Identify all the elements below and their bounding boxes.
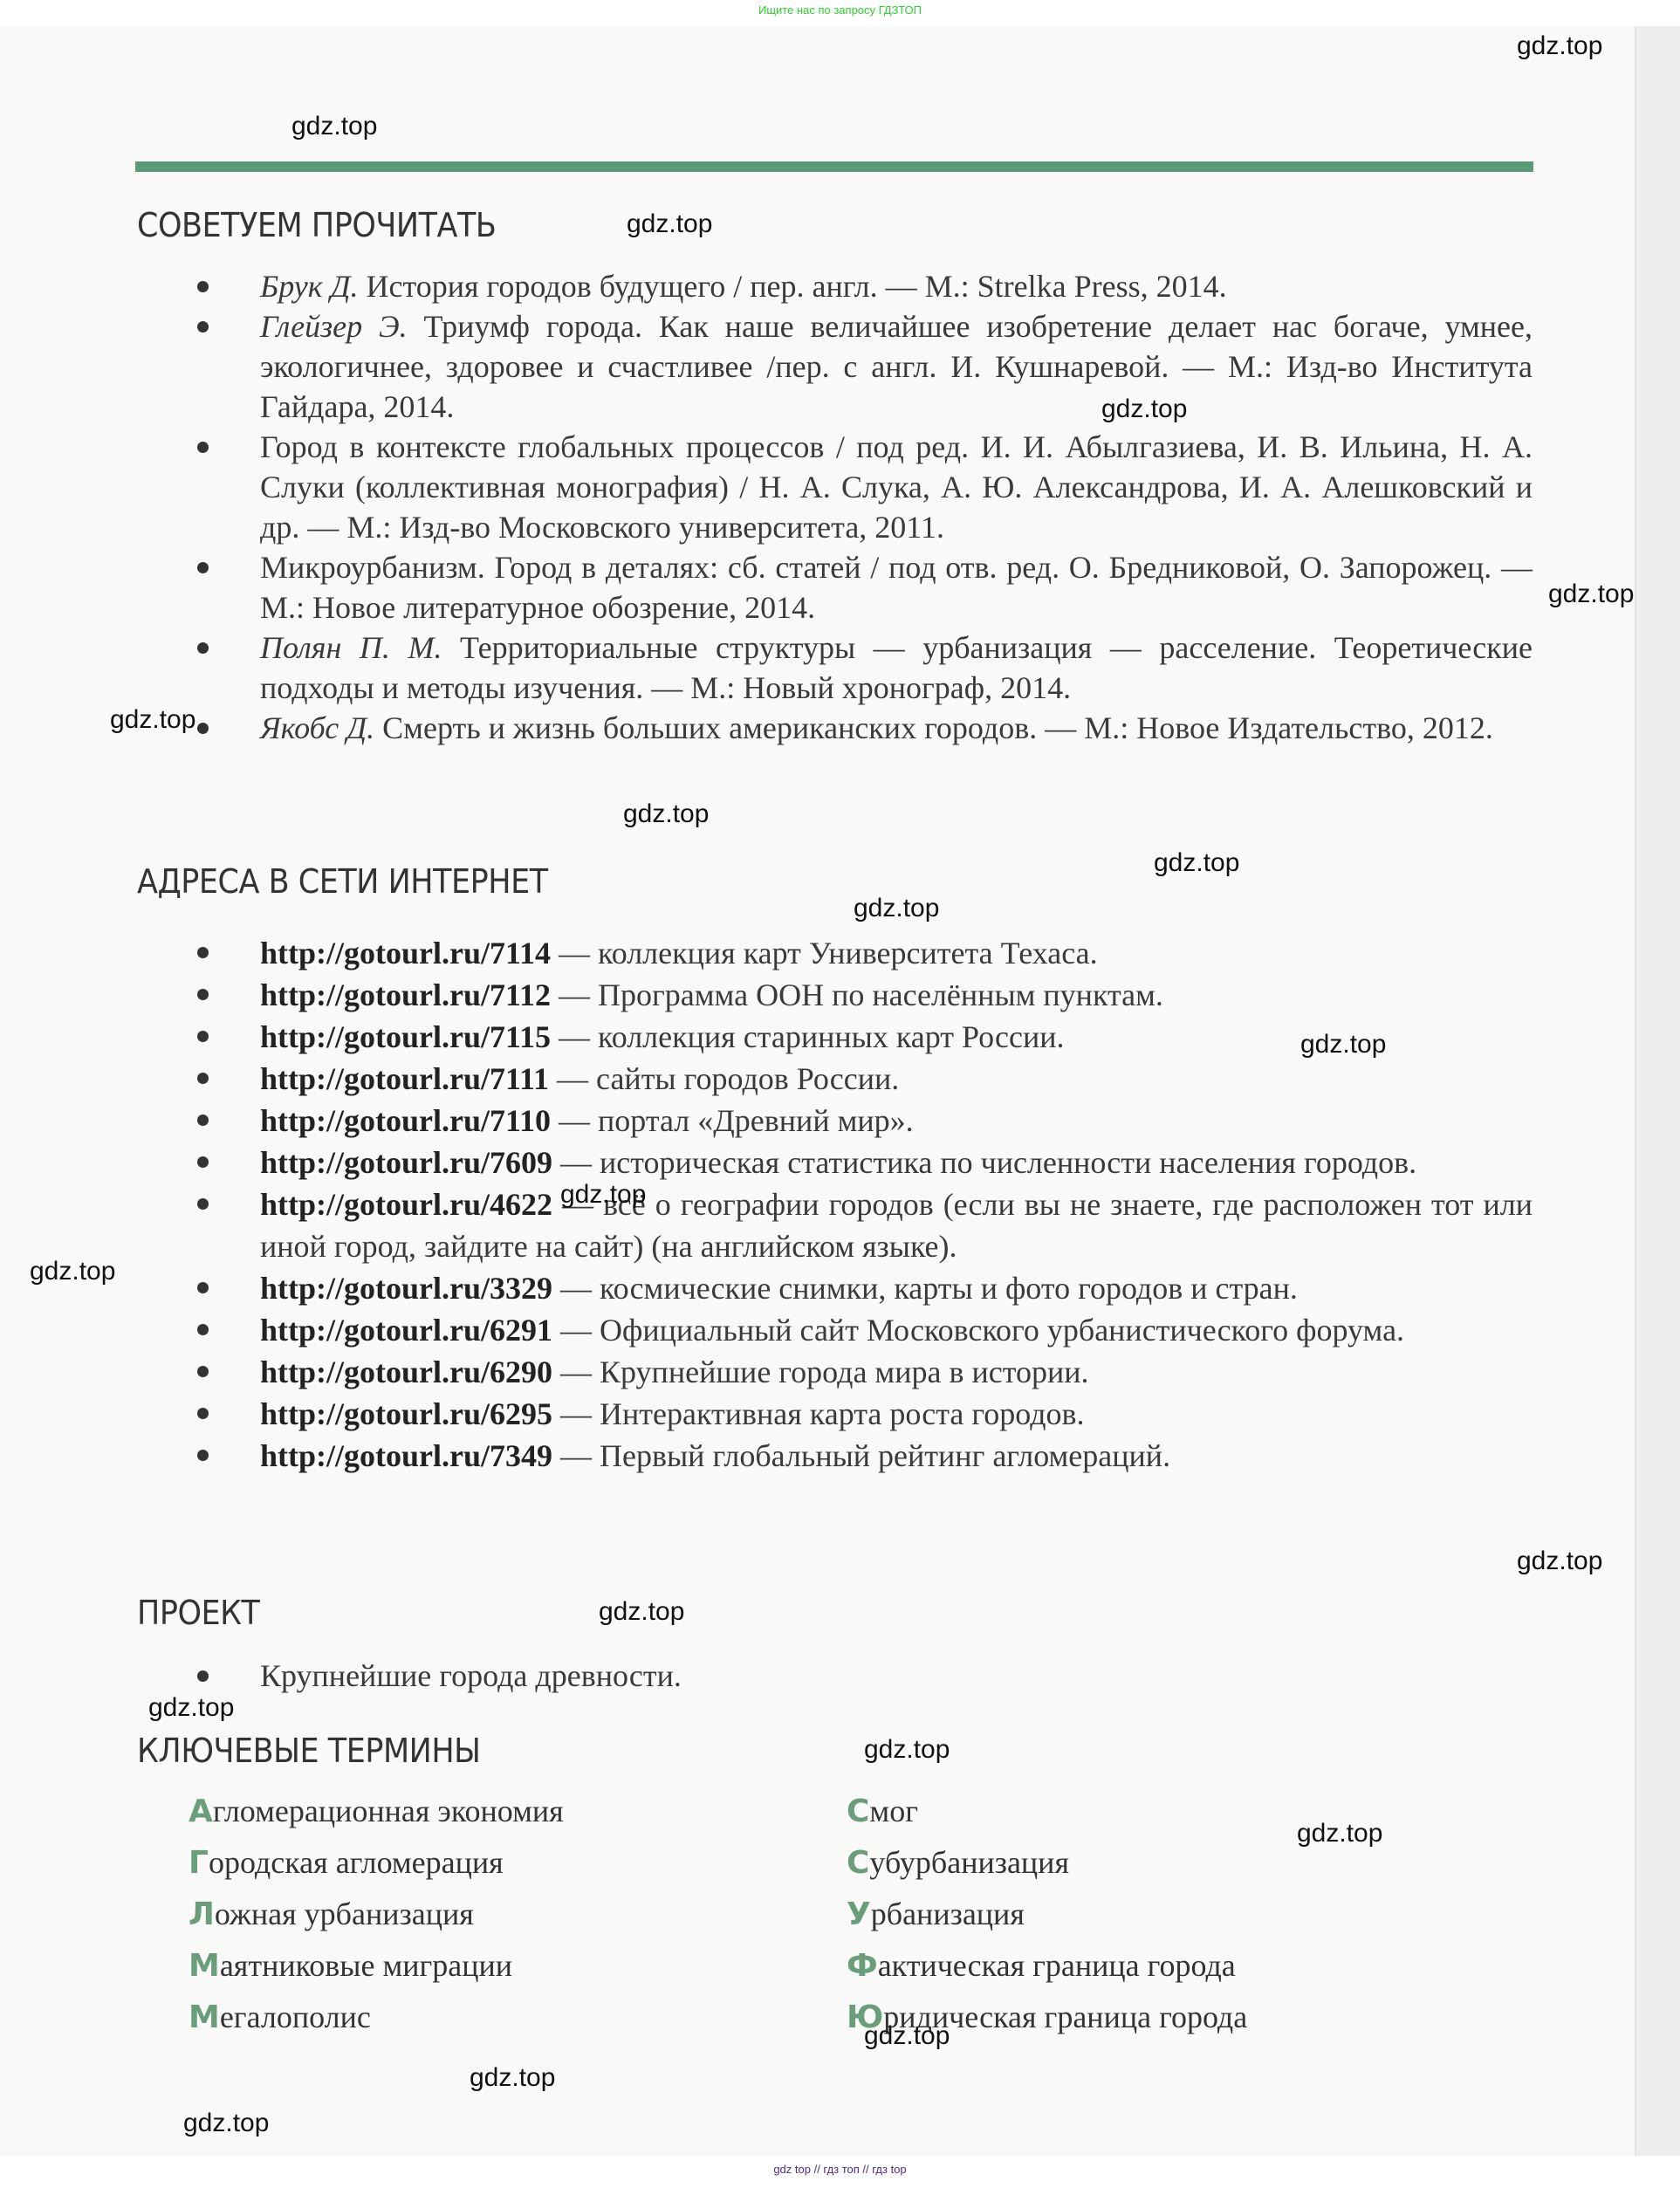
watermark: gdz.top: [291, 112, 377, 141]
watermark: gdz.top: [1154, 848, 1239, 878]
book-author: Якобс Д.: [260, 710, 374, 745]
link-description: — Программа ООН по населённым пунктам.: [551, 977, 1163, 1012]
watermark: gdz.top: [854, 894, 939, 923]
key-term-initial: М: [189, 1999, 220, 2035]
key-term-text: ородская агломерация: [209, 1845, 504, 1880]
key-term: Урбанизация: [847, 1889, 1247, 1940]
link-url[interactable]: http://gotourl.ru/4622: [260, 1187, 552, 1222]
heading-recommended-reading: СОВЕТУЕМ ПРОЧИТАТЬ: [137, 206, 496, 244]
section-divider-bar: [135, 161, 1533, 172]
link-url[interactable]: http://gotourl.ru/7609: [260, 1145, 552, 1180]
key-term-initial: А: [189, 1794, 213, 1829]
book-description: Триумф города. Как наше величайшее изобр…: [260, 309, 1533, 424]
key-term: Фактическая граница города: [847, 1940, 1247, 1992]
link-description: — сайты городов России.: [549, 1061, 899, 1096]
key-term: Ложная урбанизация: [189, 1889, 564, 1940]
watermark: gdz.top: [560, 1180, 646, 1210]
link-url[interactable]: http://gotourl.ru/6291: [260, 1313, 552, 1348]
link-description: — коллекция карт Университета Техаса.: [551, 936, 1098, 971]
key-term-text: рбанизация: [871, 1896, 1025, 1931]
key-term: Субурбанизация: [847, 1837, 1247, 1889]
watermark: gdz.top: [1517, 1547, 1602, 1576]
key-term: Мегалополис: [189, 1992, 564, 2043]
book-author: Полян П. М.: [260, 630, 442, 665]
key-term-initial: Г: [189, 1845, 209, 1881]
link-list-item: http://gotourl.ru/7112 — Программа ООН п…: [197, 974, 1533, 1016]
link-description: — портал «Древний мир».: [551, 1103, 914, 1138]
book-list-item: Полян П. М. Территориальные структуры — …: [197, 628, 1533, 708]
bullet-icon: [197, 1324, 209, 1335]
watermark: gdz.top: [1297, 1819, 1382, 1848]
link-description: — коллекция старинных карт России.: [551, 1019, 1064, 1054]
link-description: — историческая статистика по численности…: [552, 1145, 1416, 1180]
key-term-initial: Ф: [847, 1948, 878, 1984]
link-description: — космические снимки, карты и фото город…: [552, 1271, 1298, 1306]
link-url[interactable]: http://gotourl.ru/6290: [260, 1355, 552, 1389]
bullet-icon: [197, 281, 209, 292]
book-author: Глейзер Э.: [260, 309, 408, 344]
project-list: Крупнейшие города древности.: [197, 1656, 1533, 1696]
link-list-item: http://gotourl.ru/6295 — Интерактивная к…: [197, 1393, 1533, 1435]
key-term-text: гломерационная экономия: [213, 1794, 564, 1828]
key-term: Маятниковые миграции: [189, 1940, 564, 1992]
link-url[interactable]: http://gotourl.ru/7114: [260, 936, 551, 971]
heading-internet-addresses: АДРЕСА В СЕТИ ИНТЕРНЕТ: [137, 862, 548, 901]
link-description: — Крупнейшие города мира в истории.: [552, 1355, 1088, 1389]
watermark: gdz.top: [599, 1597, 684, 1627]
bullet-icon: [197, 1670, 209, 1682]
link-list-item: http://gotourl.ru/6291 — Официальный сай…: [197, 1309, 1533, 1351]
key-term-initial: Л: [189, 1896, 215, 1932]
project-title: Крупнейшие города древности.: [260, 1658, 682, 1693]
watermark: gdz.top: [148, 1693, 234, 1723]
book-description: История городов будущего / пер. англ. — …: [358, 269, 1226, 304]
key-term: Смог: [847, 1786, 1247, 1837]
watermark: gdz.top: [1101, 394, 1187, 424]
bullet-icon: [197, 1450, 209, 1461]
watermark: gdz.top: [183, 2109, 269, 2138]
bullet-icon: [197, 989, 209, 1000]
watermark: gdz.top: [1548, 580, 1634, 609]
bullet-icon: [197, 1408, 209, 1419]
link-description: — Официальный сайт Московского урбанисти…: [552, 1313, 1404, 1348]
bullet-icon: [197, 321, 209, 333]
bullet-icon: [197, 1073, 209, 1084]
link-list-item: http://gotourl.ru/6290 — Крупнейшие горо…: [197, 1351, 1533, 1393]
key-term-initial: У: [847, 1896, 871, 1932]
book-list-item: Брук Д. История городов будущего / пер. …: [197, 266, 1533, 306]
link-list-item: http://gotourl.ru/7609 — историческая ст…: [197, 1142, 1533, 1183]
watermark: gdz.top: [623, 799, 709, 829]
book-list-item: Город в контексте глобальных процессов /…: [197, 427, 1533, 547]
project-list-item: Крупнейшие города древности.: [197, 1656, 1533, 1696]
bullet-icon: [197, 642, 209, 654]
link-url[interactable]: http://gotourl.ru/7349: [260, 1438, 552, 1473]
watermark: gdz.top: [864, 1735, 950, 1765]
link-url[interactable]: http://gotourl.ru/6295: [260, 1396, 552, 1431]
link-description: — Интерактивная карта роста городов.: [552, 1396, 1085, 1431]
internet-links-list: http://gotourl.ru/7114 — коллекция карт …: [197, 932, 1533, 1477]
watermark: gdz.top: [864, 2021, 950, 2051]
link-url[interactable]: http://gotourl.ru/3329: [260, 1271, 552, 1306]
key-term-initial: С: [847, 1794, 869, 1829]
bullet-icon: [197, 1156, 209, 1168]
link-url[interactable]: http://gotourl.ru/7111: [260, 1061, 549, 1096]
top-promo-banner: Ищите нас по запросу ГДЗТОП: [0, 3, 1680, 17]
link-url[interactable]: http://gotourl.ru/7110: [260, 1103, 551, 1138]
recommended-books-list: Брук Д. История городов будущего / пер. …: [197, 266, 1533, 748]
key-term-initial: С: [847, 1845, 869, 1881]
key-term-text: аятниковые миграции: [220, 1948, 512, 1983]
key-term-text: актическая граница города: [878, 1948, 1236, 1983]
key-term-text: егалополис: [220, 1999, 371, 2034]
watermark: gdz.top: [30, 1257, 115, 1286]
bullet-icon: [197, 1198, 209, 1210]
key-term-initial: М: [189, 1948, 220, 1984]
key-term-text: мог: [869, 1794, 918, 1828]
key-term-text: ожная урбанизация: [215, 1896, 474, 1931]
bullet-icon: [197, 1115, 209, 1126]
bullet-icon: [197, 562, 209, 573]
book-list-item: Якобс Д. Смерть и жизнь больших американ…: [197, 708, 1533, 748]
book-description: Смерть и жизнь больших американских горо…: [374, 710, 1493, 745]
link-list-item: http://gotourl.ru/7114 — коллекция карт …: [197, 932, 1533, 974]
watermark: gdz.top: [110, 705, 195, 735]
link-list-item: http://gotourl.ru/7110 — портал «Древний…: [197, 1100, 1533, 1142]
watermark: gdz.top: [1300, 1030, 1386, 1060]
link-list-item: http://gotourl.ru/7349 — Первый глобальн…: [197, 1435, 1533, 1477]
book-description: Микроурбанизм. Город в деталях: сб. стат…: [260, 550, 1533, 625]
watermark: gdz.top: [627, 209, 712, 239]
key-terms-left-column: Агломерационная экономияГородская агломе…: [189, 1786, 564, 2043]
book-list-item: Глейзер Э. Триумф города. Как наше велич…: [197, 306, 1533, 427]
bullet-icon: [197, 947, 209, 958]
bullet-icon: [197, 723, 209, 734]
book-list-item: Микроурбанизм. Город в деталях: сб. стат…: [197, 547, 1533, 628]
heading-project: ПРОЕКТ: [137, 1594, 259, 1632]
bullet-icon: [197, 442, 209, 453]
link-url[interactable]: http://gotourl.ru/7112: [260, 977, 551, 1012]
link-url[interactable]: http://gotourl.ru/7115: [260, 1019, 551, 1054]
key-term-text: убурбанизация: [869, 1845, 1069, 1880]
page-edge: [1635, 26, 1680, 2156]
watermark: gdz.top: [1517, 31, 1602, 61]
bullet-icon: [197, 1031, 209, 1042]
bottom-promo-banner: gdz top // гдз топ // гдз top: [0, 2163, 1680, 2176]
book-description: Территориальные структуры — урбанизация …: [260, 630, 1533, 705]
book-description: Город в контексте глобальных процессов /…: [260, 429, 1533, 545]
heading-key-terms: КЛЮЧЕВЫЕ ТЕРМИНЫ: [137, 1732, 481, 1770]
bullet-icon: [197, 1282, 209, 1293]
watermark: gdz.top: [470, 2063, 555, 2093]
link-list-item: http://gotourl.ru/7111 — сайты городов Р…: [197, 1058, 1533, 1100]
book-author: Брук Д.: [260, 269, 358, 304]
key-term: Городская агломерация: [189, 1837, 564, 1889]
key-terms-right-column: СмогСубурбанизацияУрбанизацияФактическая…: [847, 1786, 1247, 2043]
link-list-item: http://gotourl.ru/3329 — космические сни…: [197, 1267, 1533, 1309]
key-term: Агломерационная экономия: [189, 1786, 564, 1837]
link-description: — Первый глобальный рейтинг агломераций.: [552, 1438, 1170, 1473]
bullet-icon: [197, 1366, 209, 1377]
link-list-item: http://gotourl.ru/4622 — всё о географии…: [197, 1183, 1533, 1267]
